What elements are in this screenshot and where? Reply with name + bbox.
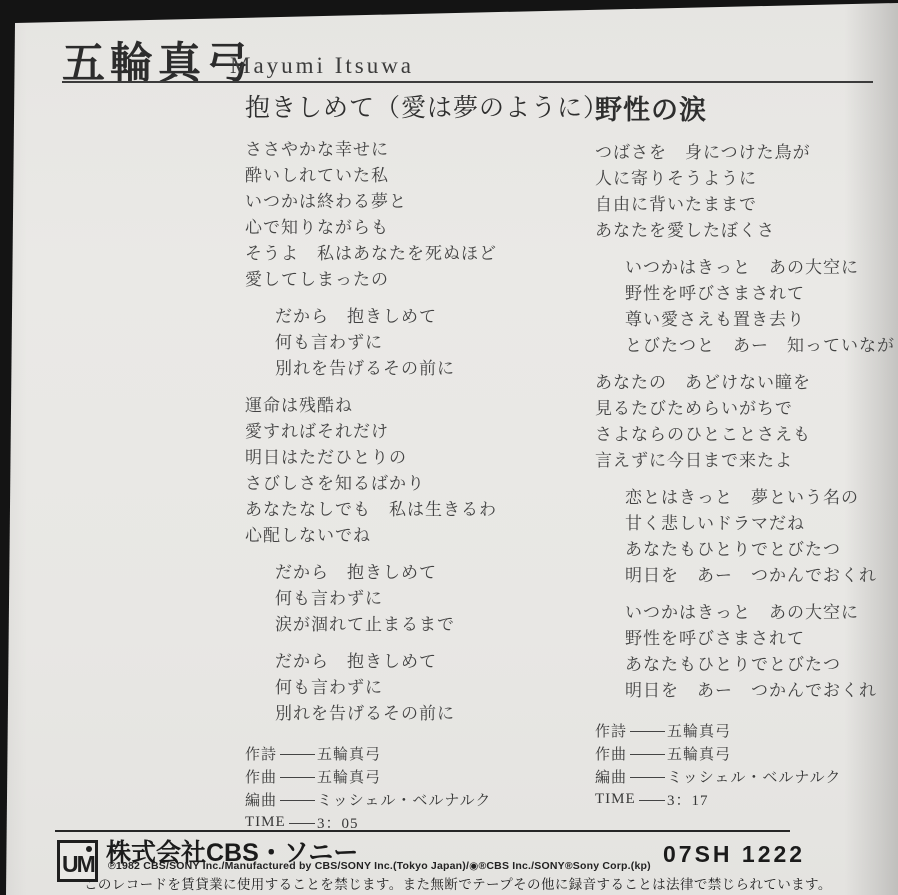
credit-value: ミッシェル・ベルナルク [667,766,841,787]
credit-dash-line [630,731,665,732]
credit-value: 五輪真弓 [317,766,381,787]
credit-row: TIME3：17 [595,788,890,811]
rental-notice: このレコードを賃貸業に使用することを禁じます。また無断でテープその他に録音するこ… [84,873,832,893]
credit-lead: TIME [245,814,317,831]
credit-lead: 作曲 [245,766,317,787]
lyric-line: 甘く悲しいドラマだね [625,511,890,537]
lyric-line: 別れを告げるその前に [275,356,590,382]
credit-lead: TIME [595,791,667,808]
credit-lead: 作詩 [245,743,317,764]
lyric-line: 見るたびためらいがちで [595,396,890,422]
lyric-line: 野性を呼びさまされて [625,626,890,652]
lyric-line: 愛すればそれだけ [245,419,590,445]
credit-row: 作詩五輪真弓 [245,742,590,765]
verse: だから 抱きしめて何も言わずに別れを告げるその前に [275,304,590,382]
lyric-line: 自由に背いたままで [595,192,890,218]
lyric-line: 言えずに今日まで来たよ [595,448,890,474]
credit-value: 五輪真弓 [667,720,731,741]
lyric-line: 愛してしまったの [245,267,590,293]
credit-row: 作曲五輪真弓 [595,742,890,765]
lyric-line: 何も言わずに [275,675,590,701]
verse: いつかはきっと あの大空に野性を呼びさまされてあなたもひとりでとびたつ明日を あ… [625,600,890,704]
footer-divider [55,830,790,832]
credit-dash-line [280,754,315,755]
credit-value: 五輪真弓 [317,743,381,764]
lyric-line: あなたもひとりでとびたつ [625,537,890,563]
song-column-yasei-no-namida: 野性の涙つばさを 身につけた鳥が人に寄りそうように自由に背いたままであなたを愛し… [595,88,890,811]
verse: ささやかな幸せに酔いしれていた私いつかは終わる夢と心で知りながらもそうよ 私はあ… [245,137,590,293]
credit-lead: 編曲 [245,789,317,810]
lyric-line: つばさを 身につけた鳥が [595,140,890,166]
lyric-line: 明日を あー つかんでおくれ [625,678,890,704]
lyric-line: 野性を呼びさまされて [625,281,890,307]
verse: あなたの あどけない瞳を見るたびためらいがちでさよならのひとことさえも言えずに今… [595,370,890,474]
lyric-line: いつかはきっと あの大空に [625,255,890,281]
lyric-line: あなたなしでも 私は生きるわ [245,497,590,523]
verse: 恋とはきっと 夢という名の甘く悲しいドラマだねあなたもひとりでとびたつ明日を あ… [625,485,890,589]
lyric-line: だから 抱きしめて [275,304,590,330]
lyric-line: 恋とはきっと 夢という名の [625,485,890,511]
lyric-line: 酔いしれていた私 [245,163,590,189]
verse: つばさを 身につけた鳥が人に寄りそうように自由に背いたままであなたを愛したぼくさ [595,140,890,244]
lyric-line: あなたもひとりでとびたつ [625,652,890,678]
credit-row: 作曲五輪真弓 [245,765,590,788]
credit-row: 作詩五輪真弓 [595,719,890,742]
credit-label: TIME [595,791,636,808]
lyric-line: そうよ 私はあなたを死ぬほど [245,241,590,267]
song-title: 抱きしめて（愛は夢のように） [245,88,590,124]
lyric-line: あなたの あどけない瞳を [595,370,890,396]
credit-row: 編曲ミッシェル・ベルナルク [245,788,590,811]
artist-name-en: Mayumi Itsuwa [230,53,414,79]
lyric-line: さよならのひとことさえも [595,422,890,448]
credits: 作詩五輪真弓作曲五輪真弓編曲ミッシェル・ベルナルクTIME3：17 [595,719,890,811]
lyric-line: いつかは終わる夢と [245,189,590,215]
lyric-line: 何も言わずに [275,330,590,356]
credit-lead: 作詩 [595,720,667,741]
credit-label: 編曲 [595,766,627,787]
credit-label: 作曲 [595,743,627,764]
record-sleeve-back: 五輪真弓 Mayumi Itsuwa 抱きしめて（愛は夢のように）ささやかな幸せ… [0,0,898,895]
credit-value: 3：17 [667,789,709,810]
verse: 運命は残酷ね愛すればそれだけ明日はただひとりのさびしさを知るばかりあなたなしでも… [245,393,590,549]
lyric-line: だから 抱きしめて [275,649,590,675]
lyric-line: 何も言わずに [275,586,590,612]
song-column-dakishimete: 抱きしめて（愛は夢のように）ささやかな幸せに酔いしれていた私いつかは終わる夢と心… [245,88,590,834]
copyright-line: ℗1982 CBS/SONY Inc./Manufactured by CBS/… [108,860,651,872]
credit-dash-line [630,777,665,778]
lyric-line: いつかはきっと あの大空に [625,600,890,626]
lyric-line: 心配しないでね [245,523,590,549]
lyric-line: だから 抱きしめて [275,560,590,586]
verse: だから 抱きしめて何も言わずに別れを告げるその前に [275,649,590,727]
credit-label: 編曲 [245,789,277,810]
lyric-line: あなたを愛したぼくさ [595,218,890,244]
verse: いつかはきっと あの大空に野性を呼びさまされて尊い愛さえも置き去りとびたつと あ… [625,255,890,359]
verse: だから 抱きしめて何も言わずに涙が涸れて止まるまで [275,560,590,638]
credit-dash-line [280,800,315,801]
lyric-line: さびしさを知るばかり [245,471,590,497]
lyric-line: 尊い愛さえも置き去り [625,307,890,333]
credit-label: 作詩 [595,720,627,741]
credit-row: 編曲ミッシェル・ベルナルク [595,765,890,788]
song-title: 野性の涙 [595,88,890,127]
credit-label: 作曲 [245,766,277,787]
lyric-line: 明日を あー つかんでおくれ [625,563,890,589]
credit-label: TIME [245,814,286,831]
credits: 作詩五輪真弓作曲五輪真弓編曲ミッシェル・ベルナルクTIME3：05 [245,742,590,834]
credit-dash-line [280,777,315,778]
lyric-line: 涙が涸れて止まるまで [275,612,590,638]
umi-logo-dot-icon [86,846,92,852]
credit-dash-line [639,800,665,801]
lyric-line: ささやかな幸せに [245,137,590,163]
credit-lead: 作曲 [595,743,667,764]
credit-lead: 編曲 [595,766,667,787]
lyric-line: 運命は残酷ね [245,393,590,419]
header-divider [62,81,873,83]
catalog-number: 07SH 1222 [663,841,805,868]
lyric-line: とびたつと あー 知っていながら [625,333,890,359]
lyric-line: 心で知りながらも [245,215,590,241]
credit-label: 作詩 [245,743,277,764]
credit-dash-line [630,754,665,755]
credit-value: 五輪真弓 [667,743,731,764]
lyric-line: 明日はただひとりの [245,445,590,471]
lyric-line: 人に寄りそうように [595,166,890,192]
lyric-line: 別れを告げるその前に [275,701,590,727]
credit-value: ミッシェル・ベルナルク [317,789,491,810]
credit-dash-line [289,823,315,824]
